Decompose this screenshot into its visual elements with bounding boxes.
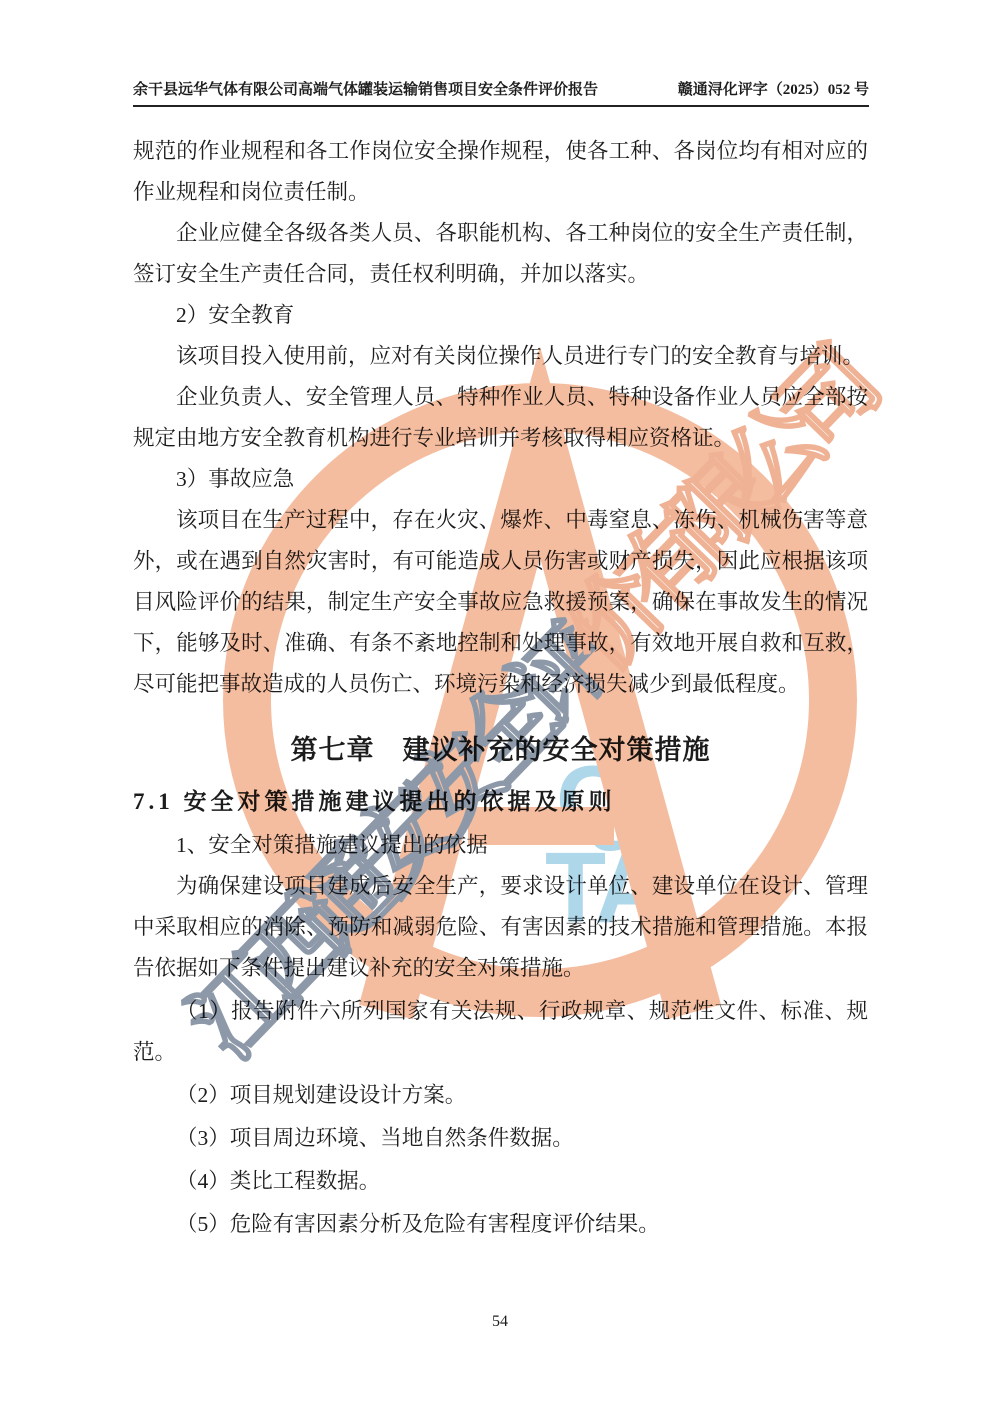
list-item: （2）项目规划建设设计方案。 — [133, 1075, 868, 1116]
list-item: （5）危险有害因素分析及危险有害程度评价结果。 — [133, 1204, 868, 1245]
list-item: （3）项目周边环境、当地自然条件数据。 — [133, 1118, 868, 1159]
page-number: 54 — [0, 1313, 1000, 1331]
header-report-title: 余干县远华气体有限公司高端气体罐装运输销售项目安全条件评价报告 — [133, 78, 598, 99]
page-header: 余干县远华气体有限公司高端气体罐装运输销售项目安全条件评价报告 赣通浔化评字（2… — [133, 78, 869, 107]
body-paragraph: 规范的作业规程和各工作岗位安全操作规程，使各工种、各岗位均有相对应的作业规程和岗… — [133, 131, 868, 213]
chapter-heading: 第七章 建议补充的安全对策措施 — [133, 731, 868, 769]
body-paragraph: 企业应健全各级各类人员、各职能机构、各工种岗位的安全生产责任制，签订安全生产责任… — [133, 213, 868, 295]
body-subheading: 1、安全对策措施建议提出的依据 — [133, 825, 868, 866]
page-content: 规范的作业规程和各工作岗位安全操作规程，使各工种、各岗位均有相对应的作业规程和岗… — [133, 131, 868, 1245]
report-page: 余干县远华气体有限公司高端气体罐装运输销售项目安全条件评价报告 赣通浔化评字（2… — [0, 0, 1000, 1414]
body-subheading: 3）事故应急 — [133, 459, 868, 500]
body-paragraph: 为确保建设项目建成后安全生产，要求设计单位、建设单位在设计、管理中采取相应的消除… — [133, 866, 868, 989]
header-doc-number: 赣通浔化评字（2025）052 号 — [678, 78, 869, 99]
body-paragraph: 该项目投入使用前，应对有关岗位操作人员进行专门的安全教育与培训。 — [133, 336, 868, 377]
list-item: （1）报告附件六所列国家有关法规、行政规章、规范性文件、标准、规范。 — [133, 991, 868, 1073]
section-heading: 7.1 安全对策措施建议提出的依据及原则 — [133, 785, 868, 819]
list-item: （4）类比工程数据。 — [133, 1161, 868, 1202]
body-paragraph: 该项目在生产过程中，存在火灾、爆炸、中毒窒息、冻伤、机械伤害等意外，或在遇到自然… — [133, 500, 868, 705]
body-subheading: 2）安全教育 — [133, 295, 868, 336]
body-paragraph: 企业负责人、安全管理人员、特种作业人员、特种设备作业人员应全部按规定由地方安全教… — [133, 377, 868, 459]
